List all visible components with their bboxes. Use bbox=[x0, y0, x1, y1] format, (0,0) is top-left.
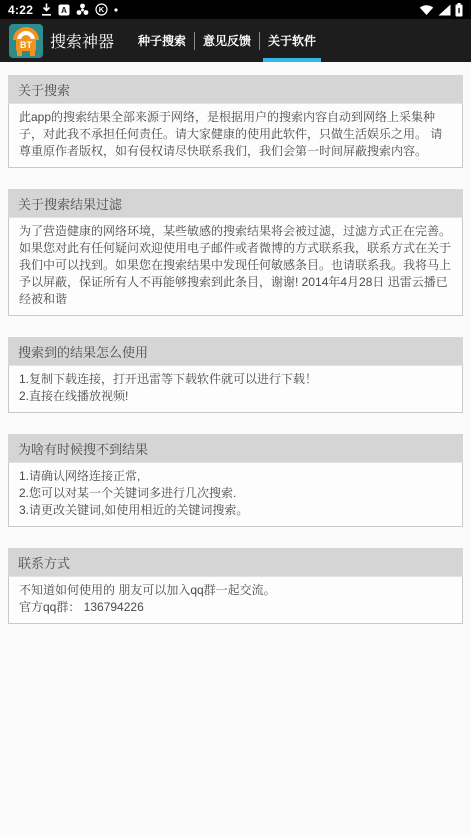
section-paragraph: 不知道如何使用的 朋友可以加入qq群一起交流。 bbox=[19, 582, 452, 599]
tab-about-software[interactable]: 关于软件 bbox=[260, 19, 324, 62]
content-area: 关于搜索 此app的搜索结果全部来源于网络，是根据用户的搜索内容自动到网络上采集… bbox=[0, 62, 471, 837]
logo-arch bbox=[13, 27, 39, 40]
section-body: 不知道如何使用的 朋友可以加入qq群一起交流。 官方qq群： 136794226 bbox=[8, 576, 463, 624]
section-paragraph: 2.直接在线播放视频! bbox=[19, 388, 452, 405]
section-title: 关于搜索 bbox=[8, 75, 463, 103]
status-time: 4:22 bbox=[8, 3, 33, 17]
app-logo-icon: BT bbox=[9, 24, 43, 58]
section-why-no-results: 为啥有时候搜不到结果 1.请确认网络连接正常, 2.您可以对某一个关键词多进行几… bbox=[8, 434, 463, 527]
signal-icon bbox=[438, 4, 451, 16]
svg-text:K: K bbox=[99, 5, 105, 14]
phone-screen: 4:22 A K bbox=[0, 0, 471, 837]
share-cluster-icon bbox=[76, 3, 89, 16]
wifi-icon bbox=[419, 4, 434, 16]
section-title: 搜索到的结果怎么使用 bbox=[8, 337, 463, 365]
app-title: 搜索神器 bbox=[50, 29, 114, 52]
section-paragraph: 1.请确认网络连接正常, bbox=[19, 468, 452, 485]
download-icon bbox=[41, 3, 52, 16]
section-result-filter: 关于搜索结果过滤 为了营造健康的网络环境，某些敏感的搜索结果将会被过滤，过滤方式… bbox=[8, 189, 463, 316]
section-paragraph: 为了营造健康的网络环境，某些敏感的搜索结果将会被过滤，过滤方式正在完善。如果您对… bbox=[19, 223, 452, 308]
section-body: 此app的搜索结果全部来源于网络，是根据用户的搜索内容自动到网络上采集种子，对此… bbox=[8, 103, 463, 168]
section-about-search: 关于搜索 此app的搜索结果全部来源于网络，是根据用户的搜索内容自动到网络上采集… bbox=[8, 75, 463, 168]
tab-label: 关于软件 bbox=[268, 32, 316, 49]
svg-text:A: A bbox=[61, 6, 67, 15]
section-paragraph: 2.您可以对某一个关键词多进行几次搜索. bbox=[19, 485, 452, 502]
section-body: 1.复制下载连接，打开迅雷等下载软件就可以进行下载！ 2.直接在线播放视频! bbox=[8, 365, 463, 413]
app-bar: BT 搜索神器 种子搜索 意见反馈 关于软件 bbox=[0, 19, 471, 62]
a-app-icon: A bbox=[58, 4, 70, 16]
section-title: 联系方式 bbox=[8, 548, 463, 576]
k-circle-icon: K bbox=[95, 3, 108, 16]
section-body: 为了营造健康的网络环境，某些敏感的搜索结果将会被过滤，过滤方式正在完善。如果您对… bbox=[8, 217, 463, 316]
status-bar: 4:22 A K bbox=[0, 0, 471, 19]
section-title: 关于搜索结果过滤 bbox=[8, 189, 463, 217]
section-paragraph: 官方qq群： 136794226 bbox=[19, 599, 452, 616]
section-how-to-use-results: 搜索到的结果怎么使用 1.复制下载连接，打开迅雷等下载软件就可以进行下载！ 2.… bbox=[8, 337, 463, 413]
notification-dot-icon bbox=[114, 8, 118, 12]
tab-label: 意见反馈 bbox=[203, 32, 251, 49]
section-contact: 联系方式 不知道如何使用的 朋友可以加入qq群一起交流。 官方qq群： 1367… bbox=[8, 548, 463, 624]
tab-label: 种子搜索 bbox=[138, 32, 186, 49]
tab-feedback[interactable]: 意见反馈 bbox=[195, 19, 259, 62]
section-paragraph: 此app的搜索结果全部来源于网络，是根据用户的搜索内容自动到网络上采集种子，对此… bbox=[19, 109, 452, 160]
tab-seed-search[interactable]: 种子搜索 bbox=[130, 19, 194, 62]
battery-icon bbox=[455, 3, 463, 17]
section-body: 1.请确认网络连接正常, 2.您可以对某一个关键词多进行几次搜索. 3.请更改关… bbox=[8, 462, 463, 527]
section-paragraph: 1.复制下载连接，打开迅雷等下载软件就可以进行下载！ bbox=[19, 371, 452, 388]
tab-bar: 种子搜索 意见反馈 关于软件 bbox=[130, 19, 324, 62]
logo-bt-label: BT bbox=[16, 39, 36, 51]
section-title: 为啥有时候搜不到结果 bbox=[8, 434, 463, 462]
section-paragraph: 3.请更改关键词,如使用相近的关键词搜索。 bbox=[19, 502, 452, 519]
